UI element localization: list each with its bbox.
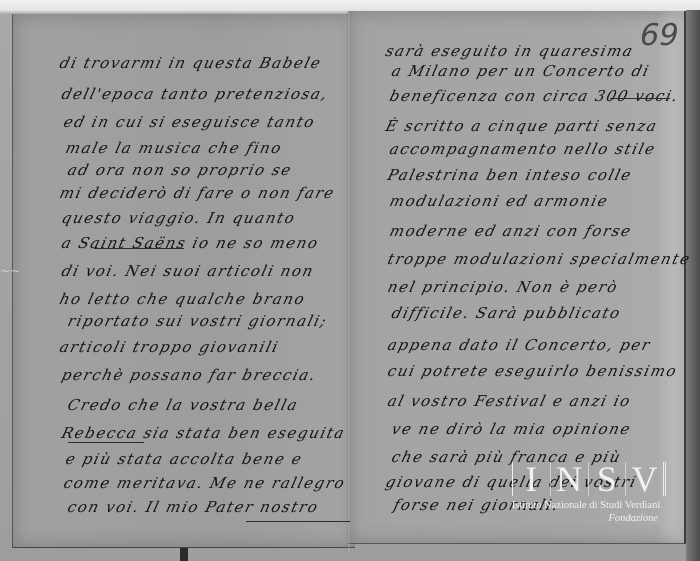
- logo-letter: V: [626, 462, 663, 496]
- manuscript-line: ve ne dirò la mia opinione: [390, 420, 634, 438]
- manuscript-line: di trovarmi in questa Babele: [58, 54, 324, 72]
- manuscript-line: beneficenza con circa 300 voci.: [388, 87, 681, 105]
- page-edge-shadow: [686, 10, 700, 561]
- logo-letter: I: [513, 462, 551, 496]
- logo-letter: S: [589, 462, 627, 496]
- manuscript-line: con voi. Il mio Pater nostro: [66, 498, 321, 516]
- manuscript-line: come meritava. Me ne rallegro: [62, 474, 348, 492]
- underline: [94, 248, 184, 249]
- manuscript-line: dell'epoca tanto pretenziosa,: [60, 85, 331, 103]
- manuscript-line: appena dato il Concerto, per: [386, 336, 653, 354]
- manuscript-line: di voi. Nei suoi articoli non: [60, 262, 317, 280]
- institute-subtitle: Fondazione: [608, 513, 658, 524]
- underline: [246, 521, 350, 522]
- manuscript-line: male la musica che fino: [64, 139, 285, 157]
- manuscript-line: moderne ed anzi con forse: [388, 222, 634, 240]
- folio-number: 69: [636, 18, 682, 53]
- manuscript-line: ad ora non so proprio se: [66, 161, 294, 179]
- manuscript-line: sarà eseguito in quaresima: [384, 42, 636, 60]
- margin-mark: ~~: [0, 264, 30, 278]
- manuscript-line: ho letto che qualche brano: [58, 290, 308, 308]
- manuscript-line: questo viaggio. In quanto: [60, 209, 298, 227]
- manuscript-line: articoli troppo giovanili: [58, 338, 281, 356]
- manuscript-line: Rebecca sia stata ben eseguita: [60, 424, 348, 442]
- manuscript-line: nel principio. Non è però: [386, 278, 621, 296]
- manuscript-line: modulazioni ed armonie: [388, 192, 611, 210]
- manuscript-line: perchè possano far breccia.: [60, 366, 319, 384]
- manuscript-line: È scritto a cinque parti senza: [384, 117, 660, 135]
- manuscript-line: accompagnamento nello stile: [388, 140, 658, 158]
- insv-watermark: I N S V Istituto Nazionale di Studi Verd…: [512, 462, 662, 524]
- manuscript-line: ed in cui si eseguisce tanto: [62, 113, 318, 131]
- manuscript-line: troppe modulazioni specialmente: [386, 250, 693, 268]
- page-fold: [347, 12, 351, 552]
- manuscript-line: Credo che la vostra bella: [66, 396, 301, 414]
- manuscript-line: al vostro Festival e anzi io: [386, 392, 634, 410]
- manuscript-line: riportato sui vostri giornali;: [66, 312, 330, 330]
- underline: [68, 442, 144, 443]
- manuscript-line: a Milano per un Concerto di: [390, 62, 652, 80]
- manuscript-line: difficile. Sarà pubblicato: [390, 304, 623, 322]
- manuscript-line: e più stata accolta bene e: [64, 450, 305, 468]
- manuscript-line: mi deciderò di fare o non fare: [58, 184, 337, 202]
- manuscript-line: Palestrina ben inteso colle: [386, 166, 634, 184]
- underline: [610, 98, 670, 99]
- logo-letter: N: [551, 462, 589, 496]
- manuscript-line: cui potrete eseguirlo benissimo: [386, 362, 680, 380]
- insv-logo-mark: I N S V: [512, 462, 666, 496]
- institute-name: Istituto Nazionale di Studi Verdiani: [510, 500, 662, 511]
- binding-shadow: [180, 548, 188, 561]
- manuscript-line: a Saint Saëns io ne so meno: [60, 234, 321, 252]
